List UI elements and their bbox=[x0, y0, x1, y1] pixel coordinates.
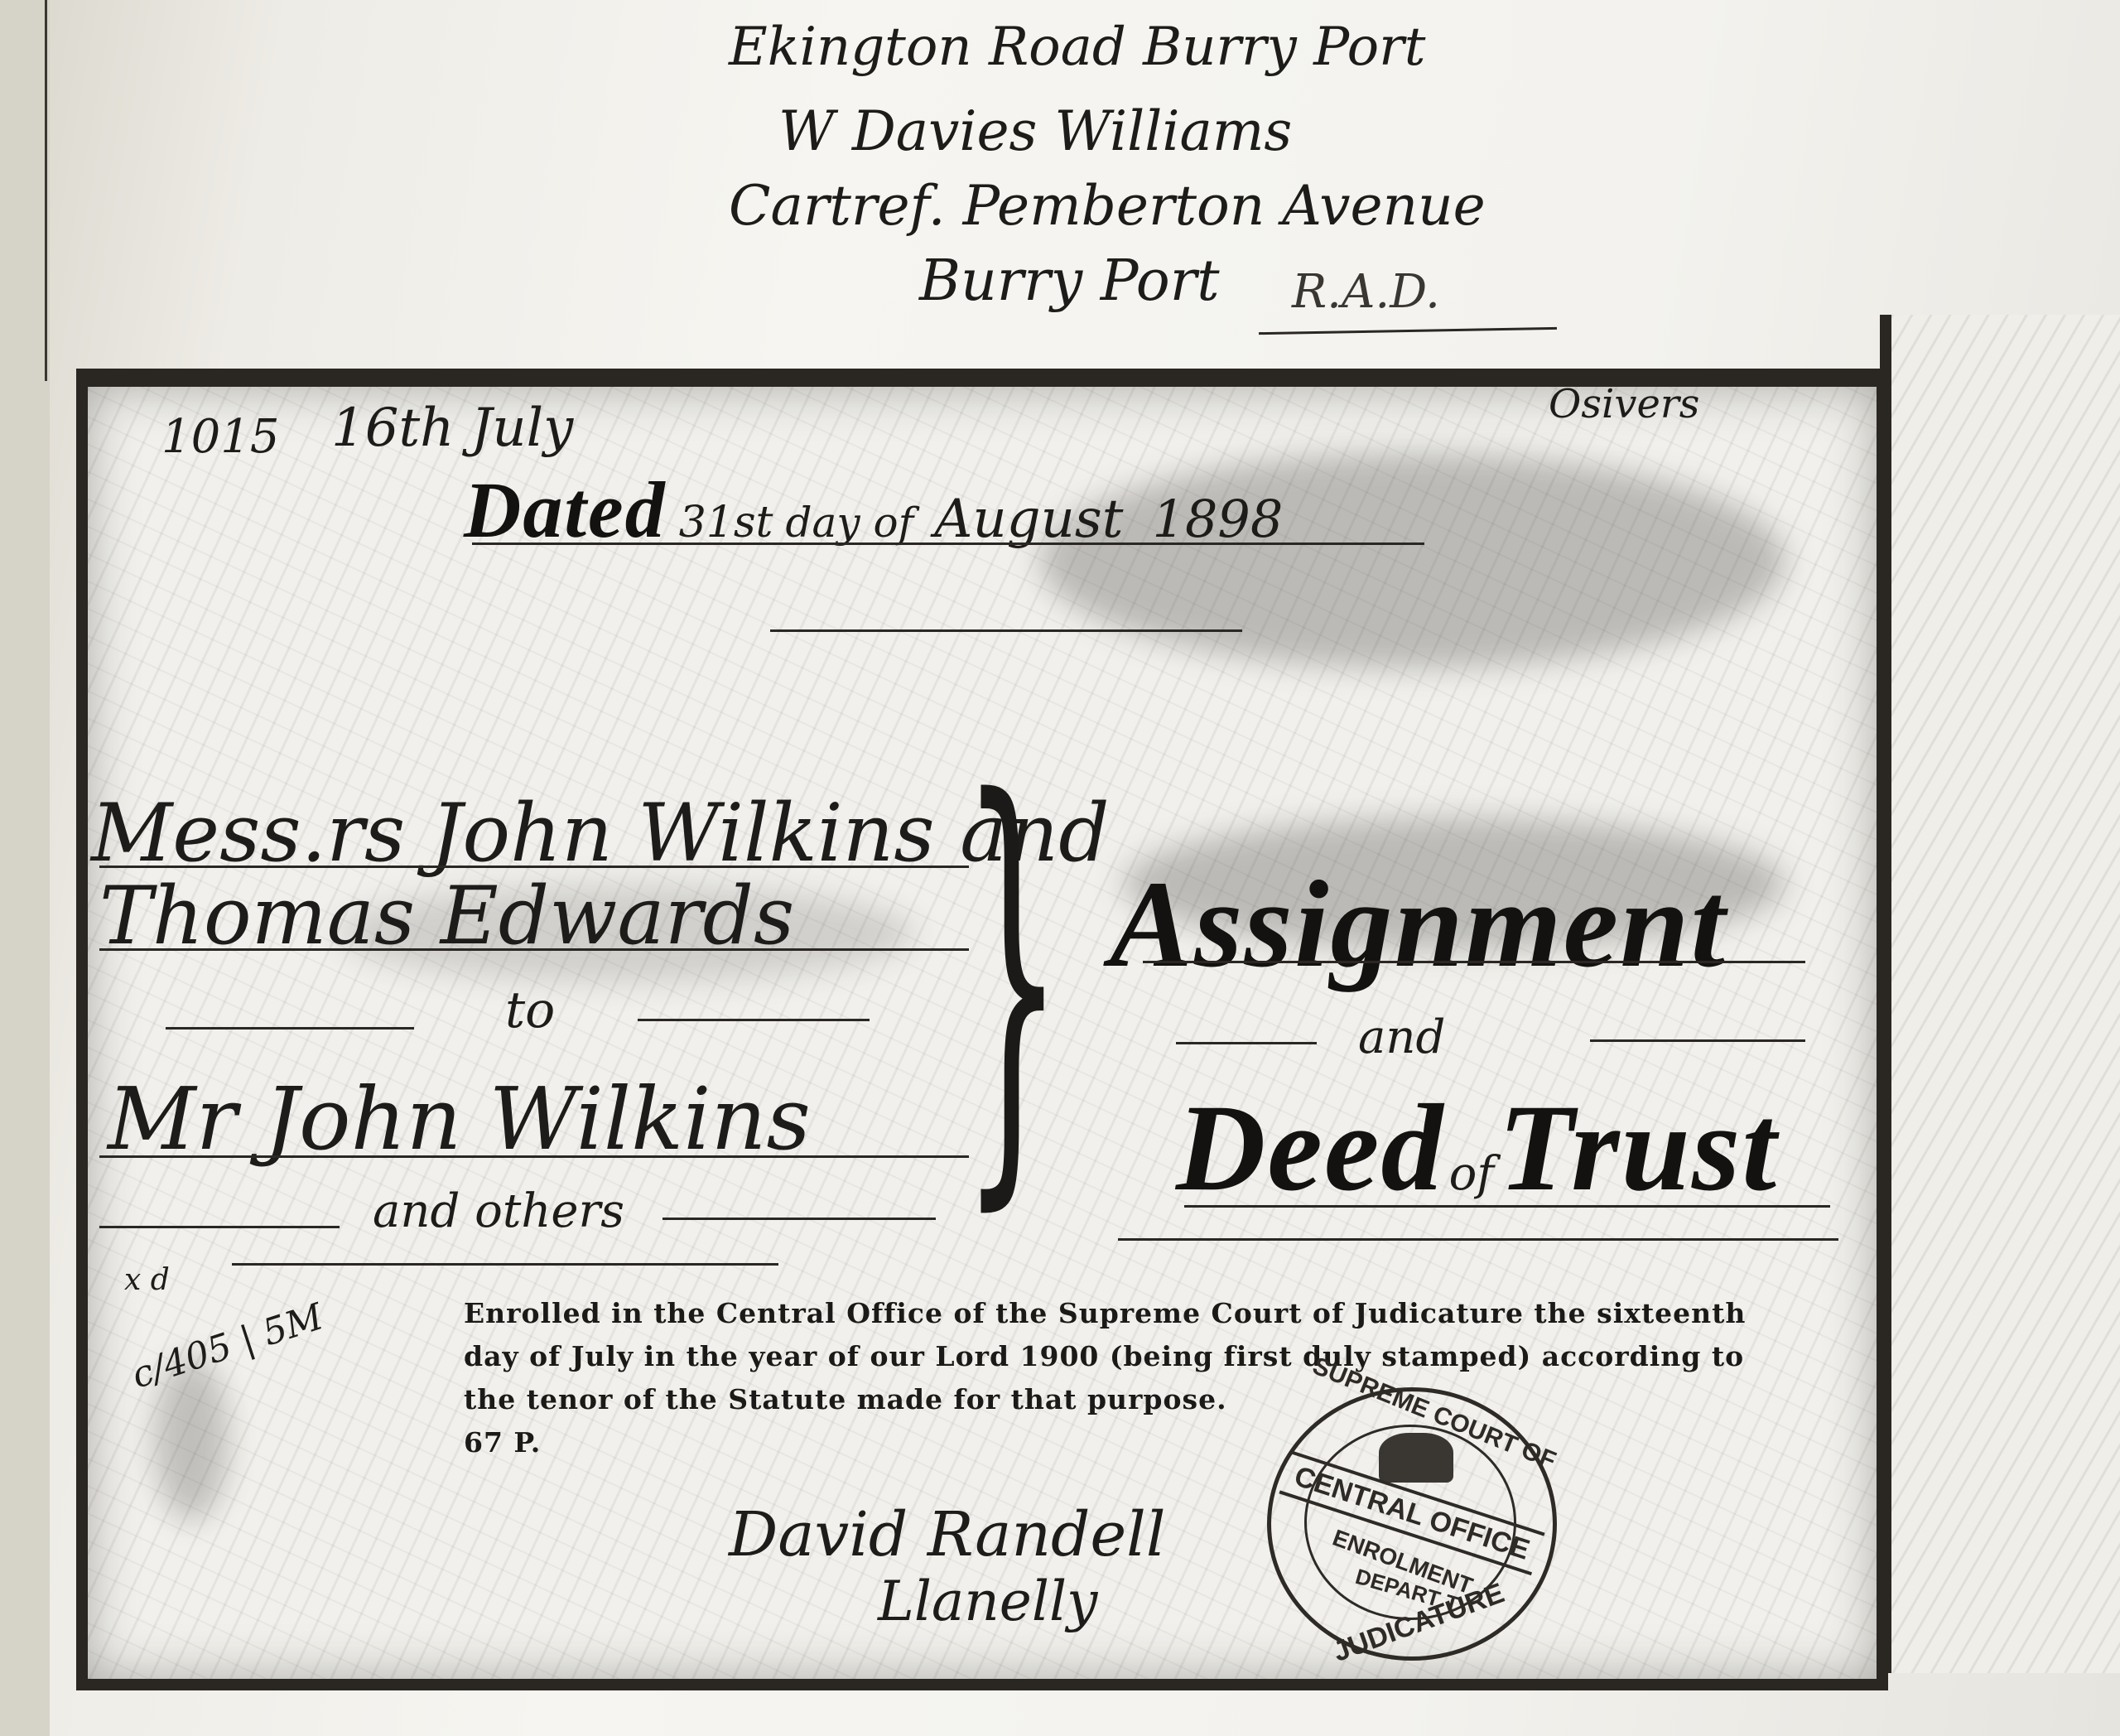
enrolment-line-2: day of July in the year of our Lord 1900… bbox=[464, 1335, 1746, 1378]
enrolment-text: Enrolled in the Central Office of the Su… bbox=[464, 1292, 1746, 1464]
title-rule bbox=[1143, 961, 1805, 963]
dated-year: 1898 bbox=[1153, 489, 1284, 549]
parties-rule bbox=[99, 866, 969, 868]
adjacent-page-panel bbox=[1880, 315, 2120, 1673]
parties-to-line-1: Mr John Wilkins bbox=[108, 1068, 811, 1169]
header-name-line: W Davies Williams bbox=[778, 99, 1292, 163]
dated-month: August bbox=[934, 489, 1123, 550]
title-line-1: Assignment bbox=[1110, 853, 1727, 996]
header-underline bbox=[1259, 327, 1557, 335]
title-line-2: Deed of Trust bbox=[1176, 1077, 1778, 1219]
parties-to-line-2: and others bbox=[373, 1184, 624, 1238]
margin-number: 1015 bbox=[161, 410, 280, 464]
page-edge-line bbox=[45, 0, 47, 381]
margin-date: 16th July bbox=[331, 398, 573, 459]
title-rule bbox=[1184, 1205, 1830, 1208]
header-house-line: Cartref. Pemberton Avenue bbox=[729, 174, 1486, 238]
margin-xd-note: x d bbox=[124, 1263, 170, 1297]
margin-top-right-note: Osivers bbox=[1549, 381, 1699, 427]
parties-rule bbox=[99, 1226, 340, 1228]
title-of: of bbox=[1449, 1147, 1494, 1201]
parties-rule bbox=[232, 1263, 778, 1266]
title-connector: and bbox=[1358, 1010, 1445, 1064]
header-initials: R.A.D. bbox=[1292, 265, 1440, 319]
separator-rule bbox=[770, 629, 1242, 632]
title-rule bbox=[1176, 1042, 1317, 1044]
header-town-line: Burry Port bbox=[919, 248, 1220, 314]
title-rule bbox=[1118, 1238, 1838, 1241]
court-seal-stamp: SUPREME COURT OF CENTRAL OFFICE ENROLMEN… bbox=[1267, 1387, 1557, 1661]
parties-rule bbox=[662, 1218, 936, 1220]
header-address-line: Ekington Road Burry Port bbox=[729, 17, 1425, 78]
title-deed: Deed bbox=[1176, 1079, 1444, 1217]
enrolment-line-3: the tenor of the Statute made for that p… bbox=[464, 1378, 1746, 1421]
crown-icon bbox=[1379, 1433, 1453, 1483]
title-rule bbox=[1590, 1039, 1805, 1042]
title-trust: Trust bbox=[1498, 1079, 1778, 1217]
dated-day: 31st bbox=[679, 498, 773, 547]
enrolment-line-1: Enrolled in the Central Office of the Su… bbox=[464, 1292, 1746, 1335]
signature-place: Llanelly bbox=[878, 1570, 1097, 1633]
parties-rule bbox=[166, 1027, 414, 1030]
page-left-margin bbox=[0, 0, 50, 1736]
dated-underline bbox=[472, 542, 1424, 545]
parties-connector: to bbox=[505, 981, 555, 1039]
parties-rule bbox=[99, 948, 969, 951]
brace-divider: } bbox=[961, 745, 1064, 1209]
dated-label: Dated bbox=[464, 465, 667, 554]
parties-rule bbox=[99, 1155, 969, 1158]
signature-name: David Randell bbox=[729, 1499, 1166, 1570]
parties-rule bbox=[638, 1019, 870, 1021]
dated-day-of: day of bbox=[786, 499, 914, 547]
